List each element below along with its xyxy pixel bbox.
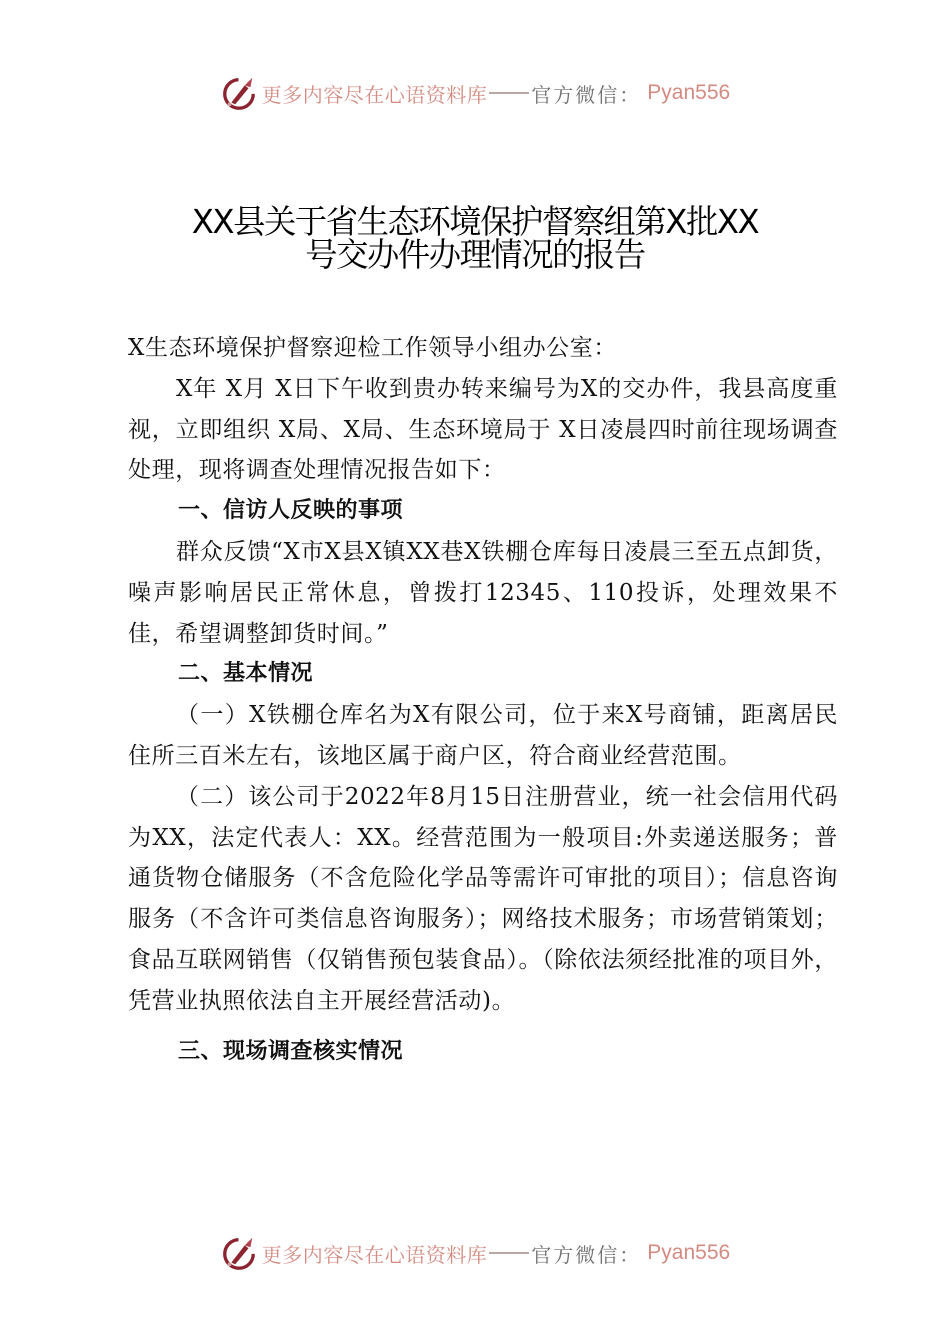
section-heading-1: 一、信访人反映的事项 xyxy=(128,491,838,532)
title-line-1: XX县关于省生态环境保护督察组第X批XX xyxy=(10,205,941,238)
document-body: X生态环境保护督察迎检工作领导小组办公室： X年 X月 X日下午收到贵办转来编号… xyxy=(128,328,838,1072)
title-line-2: 号交办件办理情况的报告 xyxy=(10,238,941,271)
quill-pen-logo-icon xyxy=(220,74,258,112)
watermark-footer: 更多内容尽在心语资料库 官方微信： Pyan556 xyxy=(0,1231,950,1275)
document-title: XX县关于省生态环境保护督察组第X批XX 号交办件办理情况的报告 xyxy=(10,205,941,271)
promo-text: 更多内容尽在心语资料库 xyxy=(262,79,488,108)
section-2-paragraph-1: （一）X铁棚仓库名为X有限公司，位于来X号商铺，距离居民住所三百米左右，该地区属… xyxy=(128,695,838,777)
promo-text: 更多内容尽在心语资料库 xyxy=(262,1239,488,1268)
wechat-id: Pyan556 xyxy=(647,81,730,105)
section-heading-3: 三、现场调查核实情况 xyxy=(128,1032,838,1073)
quill-pen-logo-icon xyxy=(220,1234,258,1272)
wechat-label: 官方微信： xyxy=(531,1239,641,1268)
salutation: X生态环境保护督察迎检工作领导小组办公室： xyxy=(128,328,838,369)
watermark-header: 更多内容尽在心语资料库 官方微信： Pyan556 xyxy=(0,71,950,115)
wechat-id: Pyan556 xyxy=(647,1241,730,1265)
intro-paragraph: X年 X月 X日下午收到贵办转来编号为X的交办件，我县高度重视，立即组织 X局、… xyxy=(128,369,838,491)
section-1-paragraph-1: 群众反馈“X市X县X镇XX巷X铁棚仓库每日凌晨三至五点卸货，噪声影响居民正常休息… xyxy=(128,532,838,654)
section-heading-2: 二、基本情况 xyxy=(128,654,838,695)
divider-dash xyxy=(489,1252,529,1254)
divider-dash xyxy=(489,92,529,94)
wechat-label: 官方微信： xyxy=(531,79,641,108)
section-2-paragraph-2: （二）该公司于2022年8月15日注册营业，统一社会信用代码为XX，法定代表人：… xyxy=(128,777,838,1022)
